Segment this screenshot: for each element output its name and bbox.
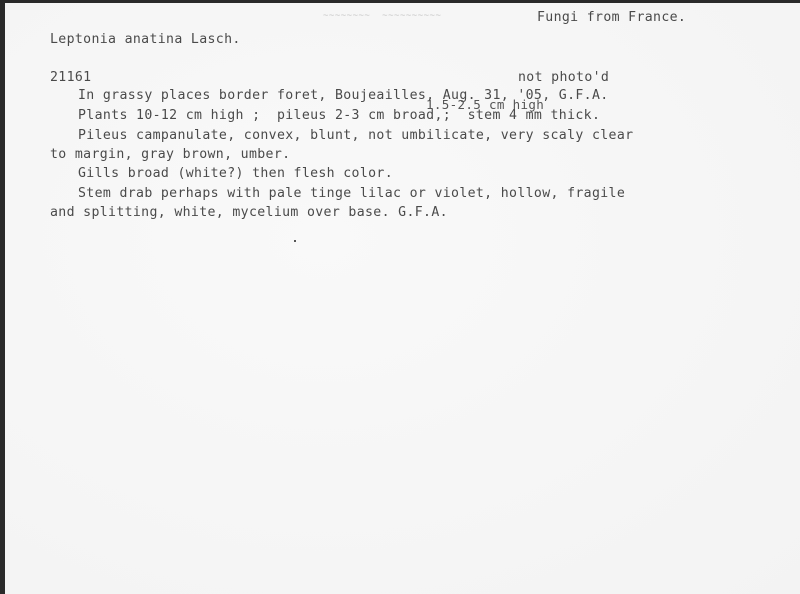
- description-line-5: Gills broad (white?) then flesh color.: [78, 167, 393, 180]
- specimen-card: ~~~~~~~~ ~~~~~~~~~~ Fungi from France. L…: [5, 3, 800, 594]
- species-name: Leptonia anatina Lasch.: [50, 33, 241, 46]
- photo-status: not photo'd: [518, 71, 609, 84]
- description-line-2: Plants 10-12 cm high ; pileus 2-3 cm bro…: [78, 109, 600, 122]
- description-line-3: Pileus campanulate, convex, blunt, not u…: [78, 129, 633, 142]
- description-line-6: Stem drab perhaps with pale tinge lilac …: [78, 187, 625, 200]
- description-line-7: and splitting, white, mycelium over base…: [50, 206, 448, 219]
- ink-speck: [294, 240, 296, 242]
- specimen-number: 21161: [50, 71, 91, 84]
- faint-stamp: ~~~~~~~~ ~~~~~~~~~~: [323, 11, 441, 21]
- description-line-4: to margin, gray brown, umber.: [50, 148, 290, 161]
- collection-title: Fungi from France.: [537, 11, 686, 24]
